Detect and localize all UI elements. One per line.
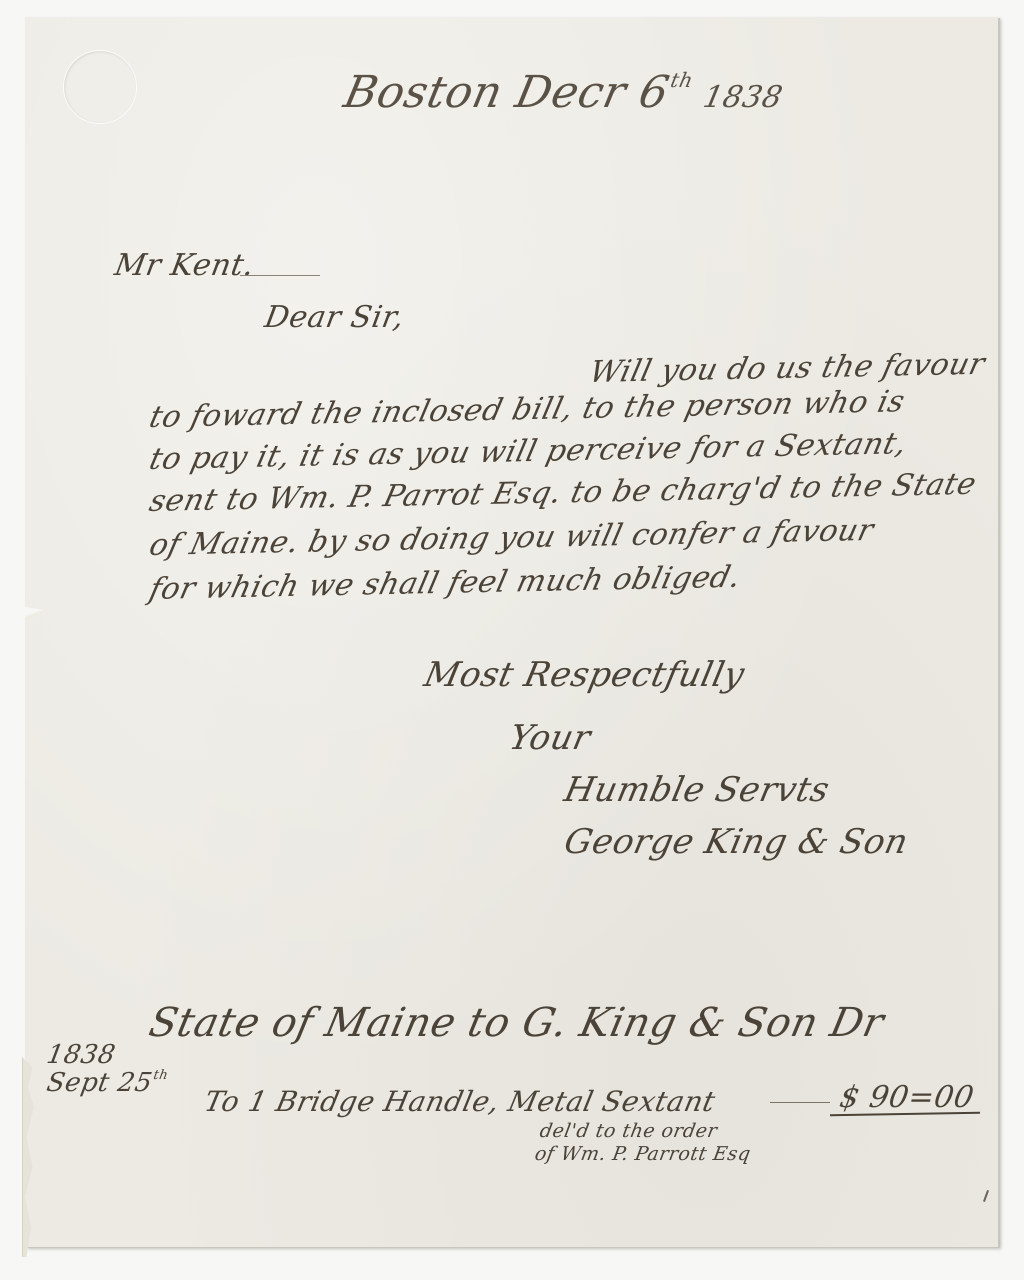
closing-line: Most Respectfully bbox=[421, 655, 748, 695]
invoice-date-suffix: th bbox=[152, 1068, 169, 1083]
invoice-header: State of Maine to G. King & Son Dr bbox=[145, 1000, 888, 1046]
document-scan: Boston Decr 6th 1838 Mr Kent. Dear Sir, … bbox=[0, 0, 1024, 1280]
invoice-line-item: To 1 Bridge Handle, Metal Sextant bbox=[201, 1085, 718, 1118]
recipient-name: Mr Kent. bbox=[112, 248, 257, 283]
recipient-underline bbox=[240, 275, 320, 276]
signature: George King & Son bbox=[561, 822, 912, 862]
invoice-amount: $ 90=00 bbox=[837, 1080, 977, 1115]
invoice-date: Sept 25th bbox=[44, 1068, 169, 1098]
salutation: Dear Sir, bbox=[262, 300, 407, 335]
letter-paper bbox=[25, 17, 998, 1247]
paper-edge-nick bbox=[25, 607, 47, 619]
place-date-text: Boston Decr 6 bbox=[340, 67, 674, 118]
torn-paper-edge bbox=[22, 1057, 37, 1257]
date-suffix: th bbox=[668, 68, 695, 92]
closing-line: Humble Servts bbox=[561, 770, 833, 810]
invoice-leader-line bbox=[770, 1102, 830, 1103]
embossed-seal-mark bbox=[63, 50, 137, 124]
invoice-year: 1838 bbox=[44, 1040, 117, 1070]
closing-line: Your bbox=[506, 718, 595, 758]
invoice-note-line: del'd to the order bbox=[538, 1120, 719, 1142]
invoice-date-text: Sept 25 bbox=[44, 1068, 154, 1098]
letter-year: 1838 bbox=[700, 80, 786, 115]
invoice-note-line: of Wm. P. Parrott Esq bbox=[533, 1143, 752, 1165]
letter-place-date: Boston Decr 6th 1838 bbox=[340, 67, 789, 118]
